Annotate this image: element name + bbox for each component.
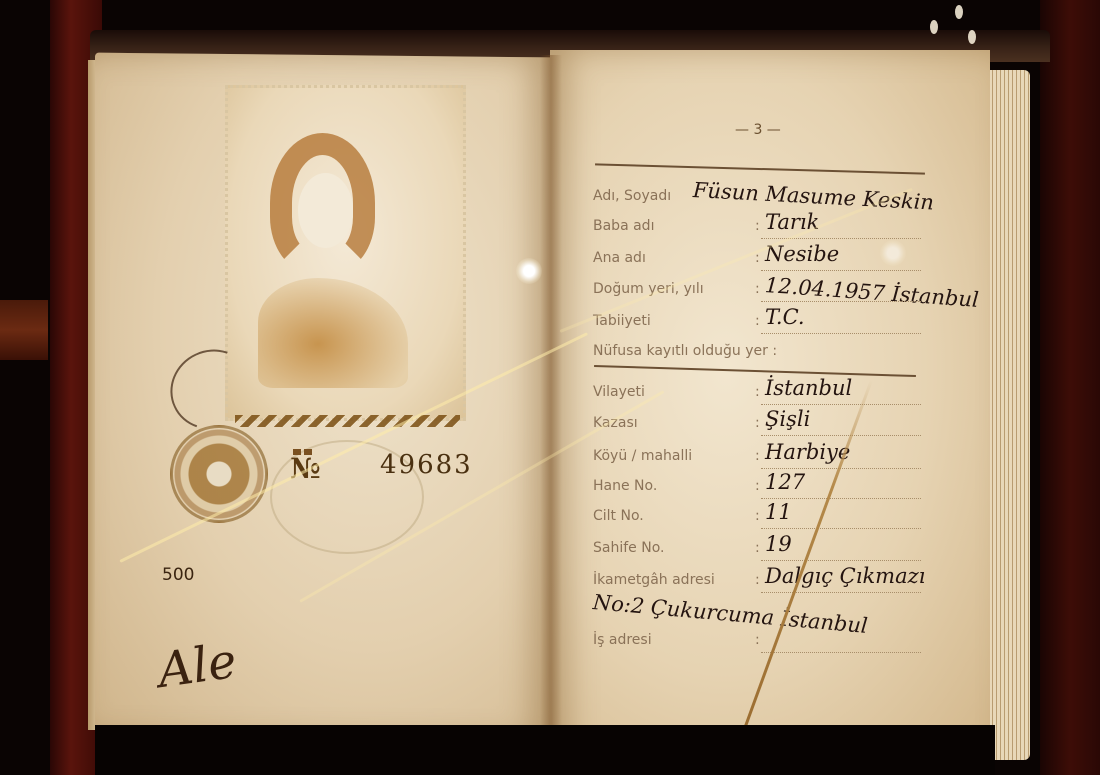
signature: Ale — [154, 633, 239, 699]
colon: : — [755, 384, 760, 400]
photo-face — [298, 173, 353, 248]
field-label: Sahife No. — [593, 540, 664, 556]
book-gutter — [540, 55, 562, 755]
field-value: 127 — [765, 470, 805, 494]
colon: : — [755, 448, 760, 464]
page-stack — [985, 70, 1030, 760]
dotted-line — [761, 270, 921, 271]
field-value: İstanbul — [765, 376, 852, 400]
field-label: İş adresi — [593, 632, 652, 648]
dotted-line — [761, 652, 921, 653]
light-reflection — [968, 30, 976, 44]
field-label: Köyü / mahalli — [593, 448, 692, 464]
shelf-rail — [0, 300, 48, 360]
colon: : — [755, 540, 760, 556]
field-value: Dalgıç Çıkmazı — [765, 564, 925, 588]
photo-edge — [235, 415, 460, 427]
field-value: 11 — [765, 500, 792, 524]
light-reflection — [955, 5, 963, 19]
wooden-frame-right — [1040, 0, 1100, 775]
dotted-line — [761, 592, 921, 593]
field-label: Ana adı — [593, 250, 646, 266]
colon: : — [755, 415, 760, 431]
field-label: Baba adı — [593, 218, 654, 234]
field-nationality: Tabiiyeti : T.C. — [593, 313, 953, 343]
page-number: — 3 — — [735, 122, 781, 138]
field-label: Cilt No. — [593, 508, 644, 524]
official-seal-icon — [170, 425, 268, 523]
photo-body — [258, 278, 408, 388]
field-value: 19 — [765, 532, 792, 556]
colon: : — [755, 478, 760, 494]
dotted-line — [761, 560, 921, 561]
colon: : — [755, 313, 760, 329]
light-reflection — [930, 20, 938, 34]
colon: : — [755, 572, 760, 588]
field-value: Harbiye — [765, 440, 850, 464]
field-value: T.C. — [765, 305, 805, 329]
field-label: Nüfusa kayıtlı olduğu yer : — [593, 343, 777, 359]
denomination: 500 — [162, 565, 194, 585]
light-glare — [516, 258, 542, 284]
field-value: Şişli — [765, 407, 810, 431]
dotted-line — [761, 333, 921, 334]
colon: : — [755, 632, 760, 648]
dotted-line — [761, 301, 921, 302]
dotted-line — [761, 498, 921, 499]
case-bottom — [95, 725, 995, 775]
portrait-photo — [225, 85, 466, 421]
field-registry-heading: Nüfusa kayıtlı olduğu yer : — [593, 343, 953, 373]
field-label: Adı, Soyadı — [593, 188, 671, 204]
colon: : — [755, 218, 760, 234]
dotted-line — [761, 404, 921, 405]
colon: : — [755, 281, 760, 297]
colon: : — [755, 508, 760, 524]
light-glare — [880, 240, 906, 266]
field-label: İkametgâh adresi — [593, 572, 715, 588]
field-label: Hane No. — [593, 478, 657, 494]
dotted-line — [761, 435, 921, 436]
dotted-line — [761, 528, 921, 529]
field-label: Vilayeti — [593, 384, 645, 400]
serial-number: 49683 — [380, 450, 473, 480]
